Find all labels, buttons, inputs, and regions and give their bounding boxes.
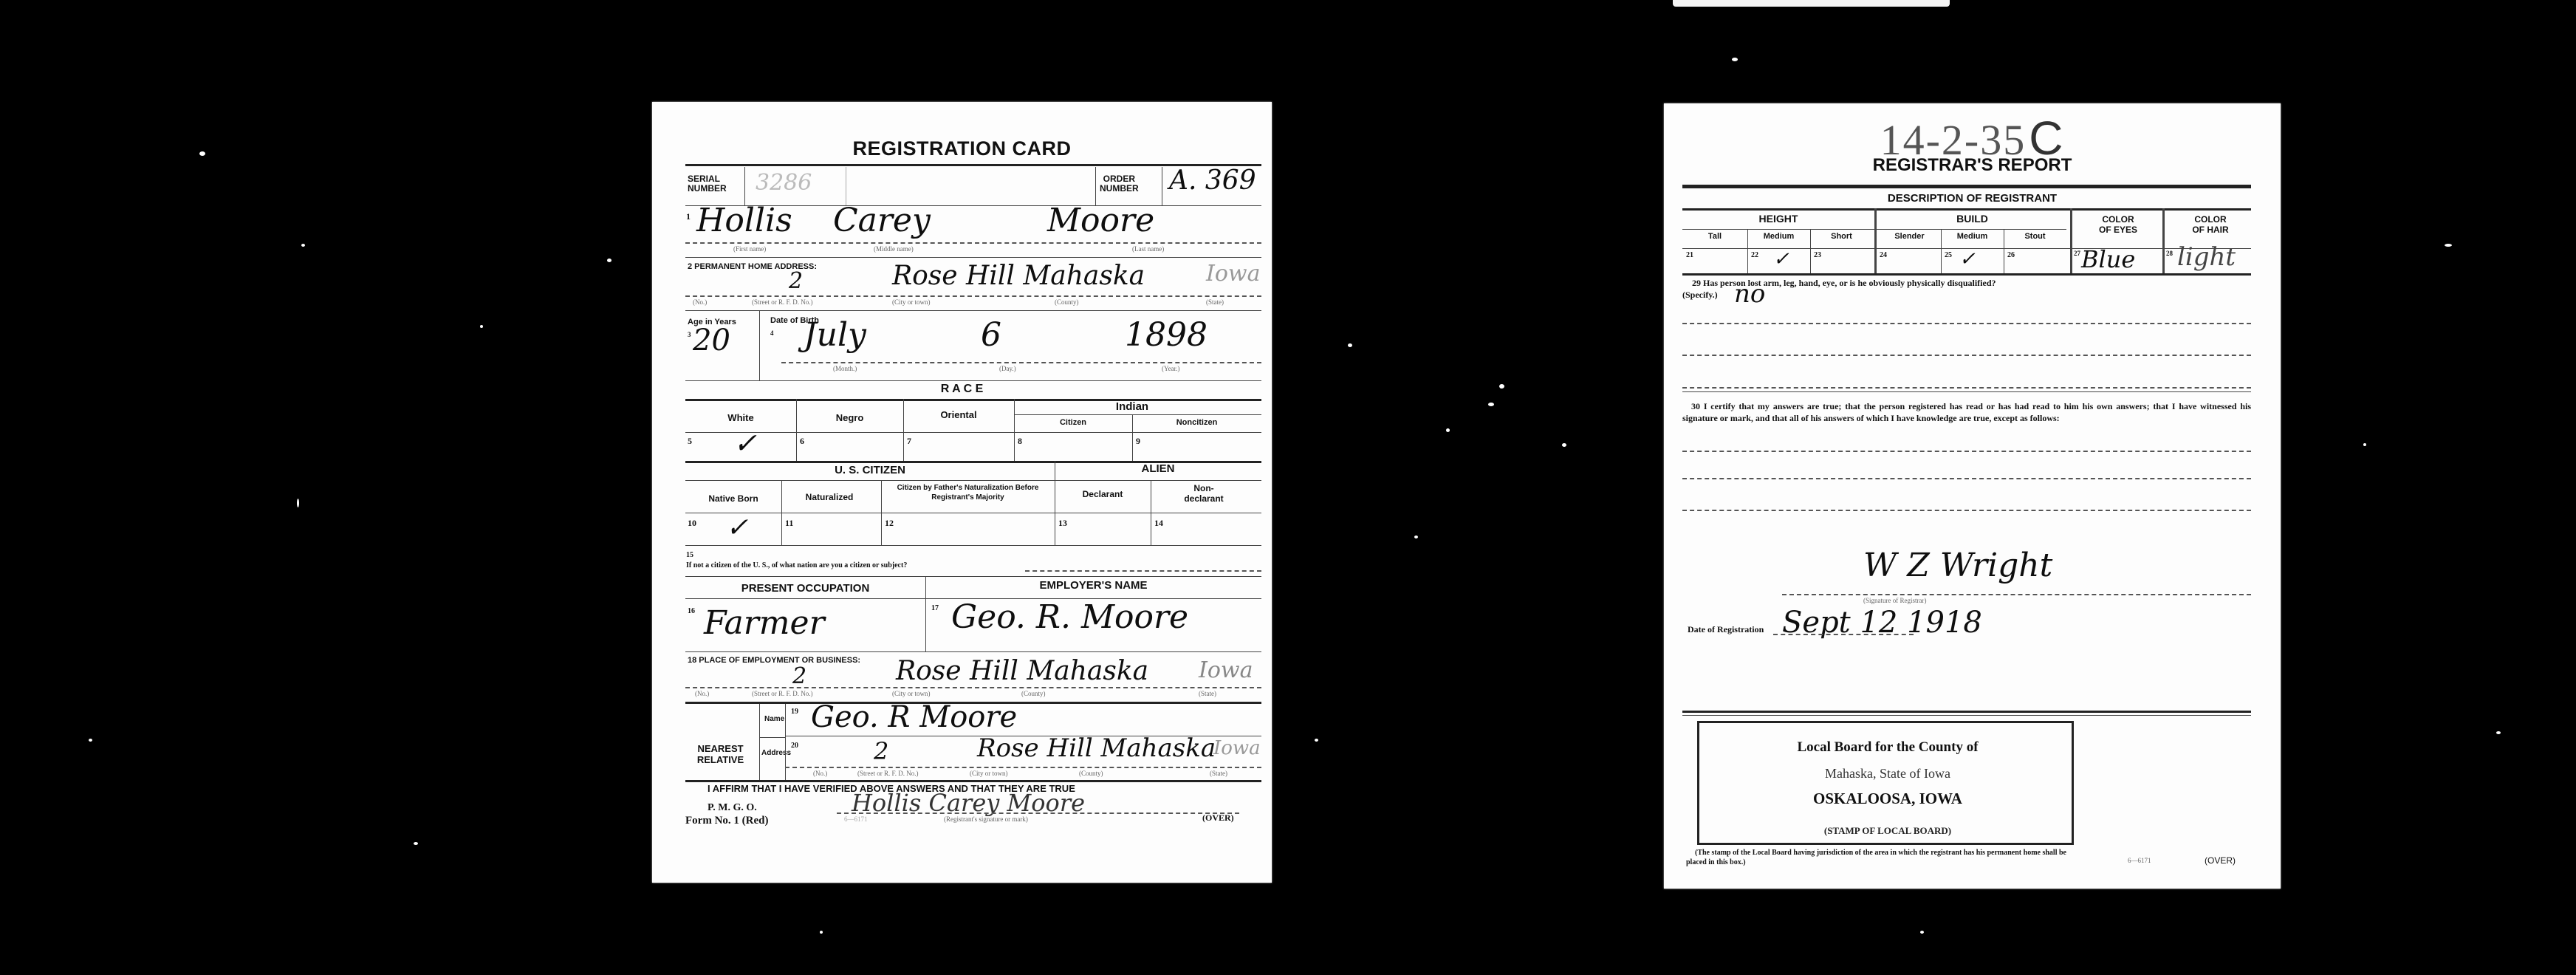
film-speck xyxy=(1562,443,1566,447)
film-speck xyxy=(1732,58,1738,61)
occupation-value: Farmer xyxy=(704,604,825,642)
build-medium-check: ✓ xyxy=(1959,248,1976,270)
divider xyxy=(1682,208,2251,211)
build-stout-label: Stout xyxy=(2004,232,2066,241)
address-caption-county: (County) xyxy=(1021,690,1046,697)
serial-number-label: SERIAL NUMBER xyxy=(688,174,727,194)
dob-month-value: July xyxy=(804,316,866,354)
last-name-caption: (Last name) xyxy=(1132,245,1164,253)
field-number: 1 xyxy=(686,211,691,222)
first-name-value: Hollis xyxy=(696,202,792,239)
divider xyxy=(685,780,1261,782)
dotted-line xyxy=(1682,451,2251,452)
dotted-line xyxy=(1682,510,2251,511)
alien-section-title: ALIEN xyxy=(1055,462,1261,475)
nearest-relative-label: NEAREST RELATIVE xyxy=(685,743,756,765)
field-number: 19 xyxy=(791,708,798,716)
dotted-line xyxy=(685,687,1261,688)
divider xyxy=(1055,461,1055,545)
divider xyxy=(1014,414,1261,415)
us-citizen-section-title: U. S. CITIZEN xyxy=(685,464,1055,476)
field-number: 27 xyxy=(2074,250,2080,257)
last-name-value: Moore xyxy=(1047,202,1154,239)
field-number: 3 xyxy=(688,331,691,338)
divider xyxy=(685,576,1261,577)
field-number: 5 xyxy=(688,436,692,447)
field-number: 17 xyxy=(931,604,939,612)
field-number: 8 xyxy=(1018,436,1022,447)
race-indian-noncitizen-label: Noncitizen xyxy=(1132,418,1261,427)
film-speck xyxy=(297,499,299,507)
form-code: 6—6171 xyxy=(844,815,868,823)
film-speck xyxy=(1499,384,1504,389)
divider xyxy=(1810,229,1811,273)
relative-state-value: Iowa xyxy=(1213,737,1261,759)
divider xyxy=(1151,480,1151,545)
registration-card-front: REGISTRATION CARD SERIAL NUMBER 3286 ORD… xyxy=(652,102,1272,883)
order-number-value: A. 369 xyxy=(1169,165,1256,196)
divider xyxy=(846,167,846,205)
dob-day-value: 6 xyxy=(981,316,1001,354)
divider xyxy=(685,380,1261,381)
form-code: 6—6171 xyxy=(2128,857,2151,864)
field-number: 24 xyxy=(1880,251,1887,259)
dotted-line xyxy=(1682,387,2251,389)
divider xyxy=(685,513,1261,513)
divider xyxy=(1682,273,2251,276)
q29-specify-label: (Specify.) xyxy=(1682,290,1718,301)
build-medium-label: Medium xyxy=(1941,232,2004,241)
film-speck xyxy=(2445,244,2452,247)
field-number: 9 xyxy=(1136,436,1140,447)
divider xyxy=(685,310,1261,311)
build-section-title: BUILD xyxy=(1874,213,2070,225)
field-number: 6 xyxy=(800,436,804,447)
employer-title: EMPLOYER'S NAME xyxy=(925,579,1261,592)
race-white-check: ✓ xyxy=(733,427,757,459)
divider xyxy=(685,545,1261,546)
order-number-label: ORDER NUMBER xyxy=(1100,174,1139,194)
address-caption-county: (County) xyxy=(1079,770,1103,777)
middle-name-value: Carey xyxy=(833,202,931,239)
employment-city-county-value: Rose Hill Mahaska xyxy=(896,656,1148,686)
divider xyxy=(759,310,760,381)
film-speck xyxy=(1414,536,1418,538)
divider xyxy=(1682,711,2251,713)
nearest-relative-line2: RELATIVE xyxy=(685,754,756,765)
registration-date-label: Date of Registration xyxy=(1688,624,1764,635)
race-indian-citizen-label: Citizen xyxy=(1014,418,1132,427)
declarant-label: Declarant xyxy=(1055,489,1151,499)
serial-label-line2: NUMBER xyxy=(688,184,727,194)
field-number: 16 xyxy=(688,607,695,615)
address-caption-street: (Street or R. F. D. No.) xyxy=(857,770,919,777)
address-caption-state: (State) xyxy=(1210,770,1227,777)
film-speck xyxy=(1348,343,1352,347)
relative-name-label: Name xyxy=(764,715,784,723)
film-speck xyxy=(820,931,823,934)
divider xyxy=(925,576,926,651)
address-caption-street: (Street or R. F. D. No.) xyxy=(752,690,813,697)
employer-value: Geo. R. Moore xyxy=(951,598,1188,636)
race-indian-label: Indian xyxy=(1014,400,1250,413)
address-caption-street: (Street or R. F. D. No.) xyxy=(752,298,813,306)
address-caption-no: (No.) xyxy=(695,690,709,697)
dotted-line xyxy=(1682,478,2251,479)
dob-caption-year: (Year.) xyxy=(1162,365,1179,372)
local-board-stamp-box: Local Board for the County of Mahaska, S… xyxy=(1697,721,2074,845)
pmgo-label: P. M. G. O. xyxy=(708,802,757,814)
film-speck xyxy=(1446,428,1450,432)
divider xyxy=(781,480,782,545)
over-label: (OVER) xyxy=(2205,855,2236,866)
hair-color-value: light xyxy=(2177,242,2236,272)
film-speck xyxy=(301,244,305,247)
address-caption-city: (City or town) xyxy=(892,690,931,697)
registrar-signature: W Z Wright xyxy=(1863,547,2052,584)
over-label: (OVER) xyxy=(1202,812,1234,824)
divider xyxy=(2004,229,2004,273)
address-caption-no: (No.) xyxy=(693,298,707,306)
divider xyxy=(685,651,1261,652)
field-number: 11 xyxy=(785,518,793,529)
field-number: 4 xyxy=(770,329,774,337)
race-white-label: White xyxy=(685,412,796,423)
divider xyxy=(1162,167,1162,205)
divider xyxy=(759,737,785,738)
address-caption-county: (County) xyxy=(1055,298,1079,306)
dotted-line xyxy=(1025,570,1261,572)
field-number: 28 xyxy=(2166,250,2173,257)
middle-name-caption: (Middle name) xyxy=(874,245,914,253)
address-caption-state: (State) xyxy=(1199,690,1216,697)
order-label-line2: NUMBER xyxy=(1100,184,1139,194)
dotted-line xyxy=(1682,323,2251,324)
build-slender-label: Slender xyxy=(1878,232,1941,241)
dotted-line xyxy=(1773,634,1914,635)
card-title: REGISTRATION CARD xyxy=(652,137,1272,160)
field-number: 7 xyxy=(907,436,911,447)
field-number: 21 xyxy=(1686,251,1693,259)
stamp-line-1: Local Board for the County of xyxy=(1699,739,2076,756)
dotted-line xyxy=(785,767,1261,768)
relative-name-value: Geo. R Moore xyxy=(811,700,1017,734)
field-number: 22 xyxy=(1751,251,1758,259)
citizen-by-father-label: Citizen by Father's Naturalization Befor… xyxy=(881,483,1055,502)
q29-answer: no xyxy=(1734,279,1765,309)
dotted-line xyxy=(1682,355,2251,356)
eye-color-title: COLOR OF EYES xyxy=(2074,214,2162,235)
registrar-signature-caption: (Signature of Registrar) xyxy=(1863,597,1926,604)
field-number: 23 xyxy=(1814,251,1821,259)
eye-color-value: Blue xyxy=(2081,245,2135,273)
film-speck xyxy=(2496,731,2501,734)
divider xyxy=(881,480,882,545)
adjacent-card-edge xyxy=(1673,0,1950,7)
naturalized-label: Naturalized xyxy=(781,492,877,502)
film-speck xyxy=(414,842,418,845)
native-born-label: Native Born xyxy=(685,493,781,504)
film-speck xyxy=(199,151,205,156)
film-speck xyxy=(1920,931,1924,934)
divider xyxy=(1682,391,2251,392)
stamp-instructions: (The stamp of the Local Board having jur… xyxy=(1686,848,2070,867)
film-speck xyxy=(607,259,612,262)
divider xyxy=(744,167,745,205)
relative-street-value: 2 xyxy=(874,737,888,765)
description-section-title: DESCRIPTION OF REGISTRANT xyxy=(1664,192,2281,205)
dotted-line xyxy=(837,812,1239,814)
registrar-report-back: 14-2-35 C REGISTRAR'S REPORT DESCRIPTION… xyxy=(1664,103,2281,889)
race-negro-label: Negro xyxy=(796,412,903,423)
field-number: 26 xyxy=(2007,251,2015,259)
dotted-line xyxy=(1782,594,2251,595)
dotted-line xyxy=(685,242,1261,244)
divider xyxy=(759,704,760,780)
address-caption-state: (State) xyxy=(1206,298,1224,306)
divider xyxy=(685,257,1261,258)
dob-year-value: 1898 xyxy=(1125,316,1207,354)
divider xyxy=(785,704,786,780)
home-street-value: 2 xyxy=(789,268,803,294)
hair-color-title: COLOR OF HAIR xyxy=(2166,214,2255,235)
field-number: 25 xyxy=(1945,251,1952,259)
divider xyxy=(903,399,904,461)
film-speck xyxy=(1488,403,1494,406)
relative-city-county-value: Rose Hill Mahaska xyxy=(977,733,1216,763)
field-number: 14 xyxy=(1154,518,1163,529)
divider xyxy=(1682,185,2251,188)
age-value: 20 xyxy=(693,324,730,357)
first-name-caption: (First name) xyxy=(733,245,766,253)
divider xyxy=(1682,715,2251,716)
relative-address-label: Address xyxy=(761,749,791,757)
card-title: REGISTRAR'S REPORT xyxy=(1664,155,2281,176)
native-born-check: ✓ xyxy=(726,513,748,543)
divider xyxy=(1132,414,1133,461)
address-caption-city: (City or town) xyxy=(892,298,931,306)
height-tall-label: Tall xyxy=(1682,232,1747,241)
non-declarant-label: Non-declarant xyxy=(1178,483,1230,504)
divider xyxy=(1014,399,1015,461)
field-number: 12 xyxy=(885,518,894,529)
signature-caption: (Registrant's signature or mark) xyxy=(944,815,1028,823)
stamp-line-2: Mahaska, State of Iowa xyxy=(1699,766,2076,781)
divider xyxy=(1747,229,1748,273)
film-speck xyxy=(1315,739,1318,742)
serial-number-value: 3286 xyxy=(756,170,812,196)
q30-certification: 30 I certify that my answers are true; t… xyxy=(1682,400,2251,424)
address-caption-city: (City or town) xyxy=(970,770,1008,777)
hair-color-title-line2: OF HAIR xyxy=(2166,225,2255,235)
field-number: 10 xyxy=(688,518,696,529)
nearest-relative-line1: NEAREST xyxy=(685,743,756,754)
home-state-value: Iowa xyxy=(1206,261,1260,287)
place-of-employment-label: 18 PLACE OF EMPLOYMENT OR BUSINESS: xyxy=(688,656,860,665)
home-city-county-value: Rose Hill Mahaska xyxy=(892,261,1145,291)
divider xyxy=(685,480,1261,481)
film-speck xyxy=(2363,443,2366,446)
dotted-line xyxy=(685,295,1261,297)
divider xyxy=(1941,229,1942,273)
film-speck xyxy=(89,739,92,742)
field-number: 13 xyxy=(1058,518,1067,529)
occupation-title: PRESENT OCCUPATION xyxy=(685,582,925,595)
non-citizen-nation-question: If not a citizen of the U. S., of what n… xyxy=(686,561,907,569)
race-oriental-label: Oriental xyxy=(903,409,1014,420)
form-number-label: Form No. 1 (Red) xyxy=(685,815,768,827)
divider xyxy=(2162,208,2165,273)
divider xyxy=(796,399,797,461)
divider xyxy=(1095,167,1096,205)
address-caption-no: (No.) xyxy=(813,770,827,777)
field-number: 20 xyxy=(791,742,798,750)
height-section-title: HEIGHT xyxy=(1682,213,1874,225)
dob-caption-day: (Day.) xyxy=(999,365,1016,372)
dotted-line xyxy=(781,362,1261,363)
divider xyxy=(1874,208,1877,273)
divider xyxy=(685,432,1261,433)
film-speck xyxy=(480,325,483,328)
divider xyxy=(2070,208,2072,273)
field-number: 15 xyxy=(686,551,693,559)
height-medium-label: Medium xyxy=(1747,232,1810,241)
stamp-caption: (STAMP OF LOCAL BOARD) xyxy=(1699,825,2076,837)
employment-street-value: 2 xyxy=(792,663,806,689)
height-short-label: Short xyxy=(1810,232,1873,241)
race-section-title: R A C E xyxy=(652,383,1272,396)
hair-color-title-line1: COLOR xyxy=(2166,214,2255,225)
eye-color-title-line2: OF EYES xyxy=(2074,225,2162,235)
stamp-line-3: OSKALOOSA, IOWA xyxy=(1699,790,2076,808)
employment-state-value: Iowa xyxy=(1199,657,1253,683)
dob-caption-month: (Month.) xyxy=(833,365,857,372)
height-medium-check: ✓ xyxy=(1773,248,1789,270)
eye-color-title-line1: COLOR xyxy=(2074,214,2162,225)
